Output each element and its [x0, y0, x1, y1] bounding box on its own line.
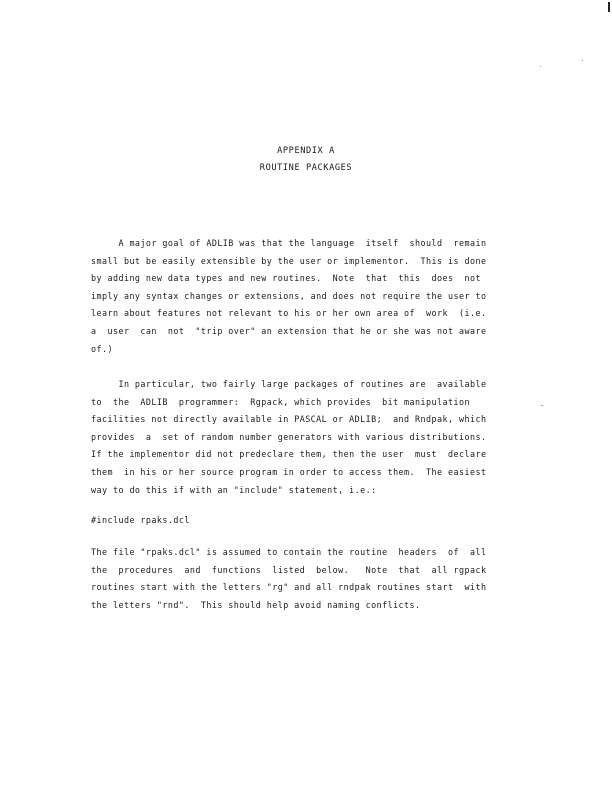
appendix-title: APPENDIX A — [0, 146, 612, 156]
text-line: way to do this if with an "include" stat… — [91, 485, 516, 495]
document-page: APPENDIX A ROUTINE PACKAGES A major goal… — [0, 0, 612, 791]
code-include-line: #include rpaks.dcl — [91, 515, 516, 525]
text-line: learn about features not relevant to his… — [91, 308, 516, 318]
scan-speck — [582, 60, 583, 61]
text-line: to the ADLIB programmer: Rgpack, which p… — [91, 397, 516, 407]
scan-speck — [540, 66, 541, 67]
text-line: In particular, two fairly large packages… — [91, 379, 516, 389]
text-line: If the implementor did not predeclare th… — [91, 449, 516, 459]
text-line: The file "rpaks.dcl" is assumed to conta… — [91, 547, 516, 557]
text-line: provides a set of random number generato… — [91, 432, 516, 442]
scan-speck — [541, 405, 543, 406]
text-line: a user can not "trip over" an extension … — [91, 326, 516, 336]
text-line: them in his or her source program in ord… — [91, 467, 516, 477]
text-line: small but be easily extensible by the us… — [91, 256, 516, 266]
text-line: the letters "rnd". This should help avoi… — [91, 600, 516, 610]
text-line: facilities not directly available in PAS… — [91, 414, 516, 424]
text-line: by adding new data types and new routine… — [91, 273, 516, 283]
text-line: A major goal of ADLIB was that the langu… — [91, 238, 516, 248]
appendix-subtitle: ROUTINE PACKAGES — [0, 163, 612, 173]
text-line: of.) — [91, 344, 516, 354]
text-line: imply any syntax changes or extensions, … — [91, 291, 516, 301]
scan-edge-mark — [608, 2, 610, 12]
text-line: routines start with the letters "rg" and… — [91, 582, 516, 592]
text-line: the procedures and functions listed belo… — [91, 565, 516, 575]
